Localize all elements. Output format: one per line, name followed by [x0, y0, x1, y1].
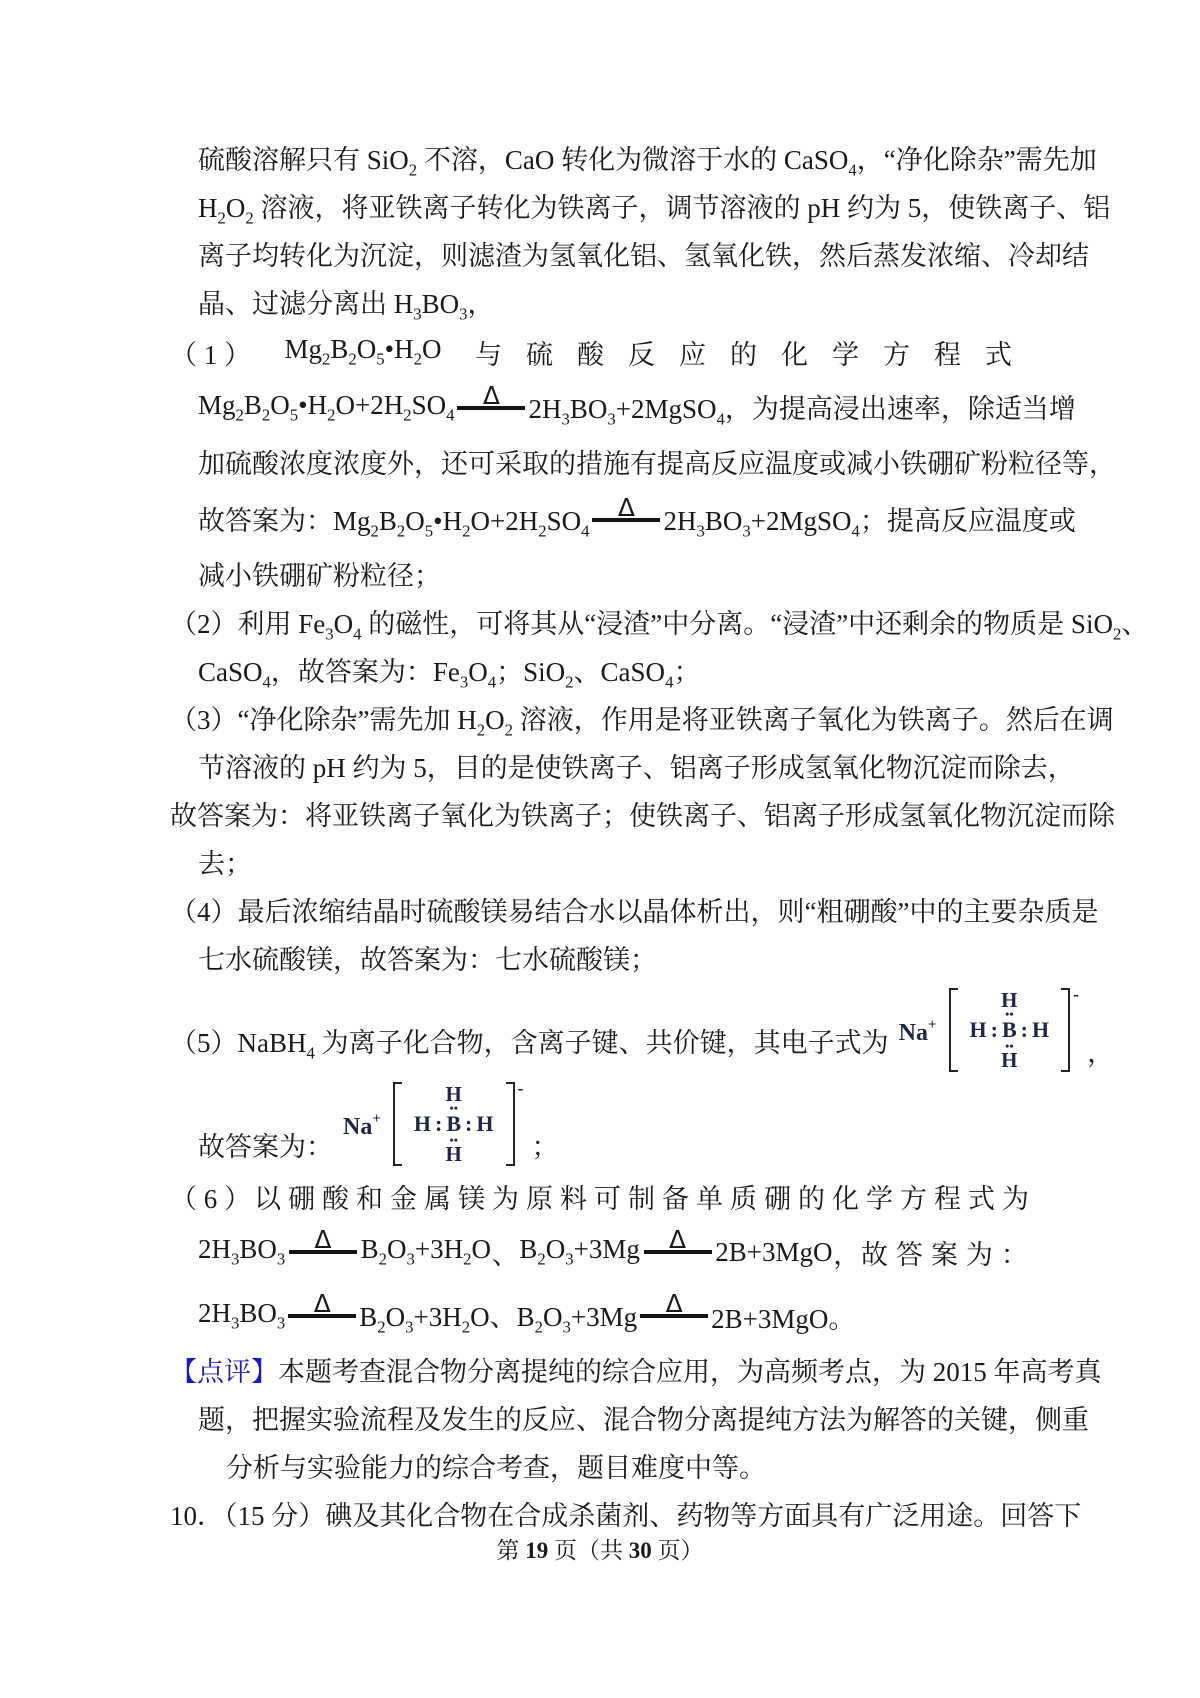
document-page: { "colors": { "comment_label_blue": "#1b… — [0, 0, 1200, 1698]
double-bond-line — [289, 1250, 357, 1254]
section-3-line-2: 节溶液的 pH 约为 5，目的是使铁离子、铝离子形成氢氧化物沉淀而除去， — [170, 744, 1036, 792]
charge-minus: - — [518, 1082, 524, 1094]
intro-line-2: H2O2 溶液，将亚铁离子转化为铁离子，调节溶液的 pH 约为 5，使铁离子、铝 — [170, 184, 1036, 232]
section-1-equation-2: 故答案为：Mg2B2O5•H2O+2H2SO4 Δ 2H3BO3+2MgSO4；… — [170, 488, 1036, 552]
separator: 、 — [492, 1233, 519, 1272]
borohydride-grid: H •• H:B:H •• H — [402, 1082, 506, 1166]
current-page: 19 — [525, 1538, 548, 1563]
delta-condition-icon: Δ — [288, 1294, 356, 1318]
intro-line-3: 离子均转化为沉淀，则滤渣为氢氧化铝、氢氧化铁，然后蒸发浓缩、冷却结 — [170, 232, 1036, 280]
section-4-line-2: 七水硫酸镁，故答案为：七水硫酸镁； — [170, 936, 1036, 984]
comment-line-3: 分析与实验能力的综合考查，题目难度中等。 — [170, 1444, 1036, 1492]
section-2-line-2: CaSO4，故答案为：Fe3O4；SiO2、CaSO4； — [170, 648, 1036, 696]
section-6-number: （ 6 ） — [170, 1177, 251, 1216]
separator: ， — [833, 1233, 860, 1272]
section-3-line-4: 去； — [170, 840, 1036, 888]
footer-page-number: 第 19 页（共 30 页） — [0, 1532, 1200, 1565]
section-6-equation-line: 2H3BO3 Δ B2O3+3H2O 、 B2O3+3Mg Δ 2B+3MgO … — [170, 1220, 1036, 1284]
right-bracket — [1061, 988, 1070, 1072]
double-bond-line — [640, 1314, 708, 1318]
section-5-line-2: 故答案为： Na+ H •• H:B:H •• H - ； — [170, 1078, 1036, 1172]
delta-condition-icon: Δ — [644, 1230, 712, 1254]
comment-label: 【点评】 — [170, 1357, 278, 1387]
left-bracket — [393, 1082, 402, 1166]
section-1-heading: （ 1 ） Mg2B2O5•H2O 与硫酸反应的化学方程式 — [170, 328, 1036, 376]
section-1-formula: Mg2B2O5•H2O — [285, 334, 442, 369]
double-bond-line — [592, 518, 660, 522]
section-1-line-5: 减小铁硼矿粉粒径； — [170, 552, 1036, 600]
borohydride-grid: H •• H:B:H •• H — [958, 988, 1062, 1072]
intro-line-1: 硫酸溶解只有 SiO2 不溶，CaO 转化为微溶于水的 CaSO4，“净化除杂”… — [170, 136, 1036, 184]
equation-lhs: Mg2B2O5•H2O+2H2SO4 — [198, 390, 454, 425]
double-bond-line — [644, 1250, 712, 1254]
section-2-line-1: （2）利用 Fe3O4 的磁性，可将其从“浸渣”中分离。“浸渣”中还剩余的物质是… — [170, 600, 1036, 648]
left-bracket — [949, 988, 958, 1072]
punctuation: ； — [532, 1126, 559, 1168]
punctuation: ， — [1087, 1032, 1114, 1074]
total-pages: 30 — [629, 1538, 652, 1563]
section-4-line-1: （4）最后浓缩结晶时硫酸镁易结合水以晶体析出，则“粗硼酸”中的主要杂质是 — [170, 888, 1036, 936]
section-5-line-1: （5）NaBH4 为离子化合物，含离子键、共价键，其电子式为 Na+ H •• … — [170, 984, 1036, 1078]
equation-rhs: 2H3BO3+2MgSO4，为提高浸出速率，除适当增 — [528, 387, 1075, 429]
delta-condition-icon: Δ — [592, 498, 660, 522]
equation-rhs: 2H3BO3+2MgSO4；提高反应温度或 — [663, 499, 1075, 541]
section-5-answer-label: 故答案为： — [198, 1126, 333, 1168]
delta-condition-icon: Δ — [457, 386, 525, 410]
section-1-heading-text: 与硫酸反应的化学方程式 — [475, 333, 1036, 372]
delta-condition-icon: Δ — [640, 1294, 708, 1318]
double-bond-line — [288, 1314, 356, 1318]
equation-lhs: 故答案为：Mg2B2O5•H2O+2H2SO4 — [198, 499, 589, 541]
answer-label: 故答案为： — [861, 1233, 1036, 1272]
sodium-ion: Na+ — [343, 1097, 381, 1151]
section-6-heading-text: 以硼酸和金属镁为原料可制备单质硼的化学方程式为 — [254, 1177, 1036, 1216]
section-6-answer-equation: 2H3BO3 Δ B2O3+3H2O、B2O3+3Mg Δ 2B+3MgO。 — [170, 1284, 1036, 1348]
comment-line-2: 题，把握实验流程及发生的反应、混合物分离提纯方法为解答的关键，侧重 — [170, 1396, 1036, 1444]
section-1-line-3: 加硫酸浓度浓度外，还可采取的措施有提高反应温度或减小铁硼矿粉粒径等， — [170, 440, 1036, 488]
delta-condition-icon: Δ — [289, 1230, 357, 1254]
section-1-equation-1: Mg2B2O5•H2O+2H2SO4 Δ 2H3BO3+2MgSO4，为提高浸出… — [170, 376, 1036, 440]
lewis-structure: Na+ H •• H:B:H •• H - — [343, 1082, 524, 1166]
section-3-line-3: 故答案为：将亚铁离子氧化为铁离子；使铁离子、铝离子形成氢氧化物沉淀而除 — [170, 792, 1036, 840]
section-5-text: （5）NaBH4 为离子化合物，含离子键、共价键，其电子式为 — [170, 1022, 889, 1074]
section-6-heading: （ 6 ） 以硼酸和金属镁为原料可制备单质硼的化学方程式为 — [170, 1172, 1036, 1220]
page-content: 硫酸溶解只有 SiO2 不溶，CaO 转化为微溶于水的 CaSO4，“净化除杂”… — [170, 136, 1036, 1540]
sodium-ion: Na+ — [899, 1003, 937, 1057]
intro-line-4: 晶、过滤分离出 H3BO3， — [170, 280, 1036, 328]
charge-minus: - — [1073, 988, 1079, 1000]
comment-line-1: 【点评】本题考查混合物分离提纯的综合应用，为高频考点，为 2015 年高考真 — [170, 1348, 1036, 1396]
section-3-line-1: （3）“净化除杂”需先加 H2O2 溶液，作用是将亚铁离子氧化为铁离子。然后在调 — [170, 696, 1036, 744]
right-bracket — [506, 1082, 515, 1166]
lewis-structure: Na+ H •• H:B:H •• H - — [899, 988, 1080, 1072]
double-bond-line — [457, 406, 525, 410]
section-1-number: （ 1 ） — [170, 333, 251, 372]
